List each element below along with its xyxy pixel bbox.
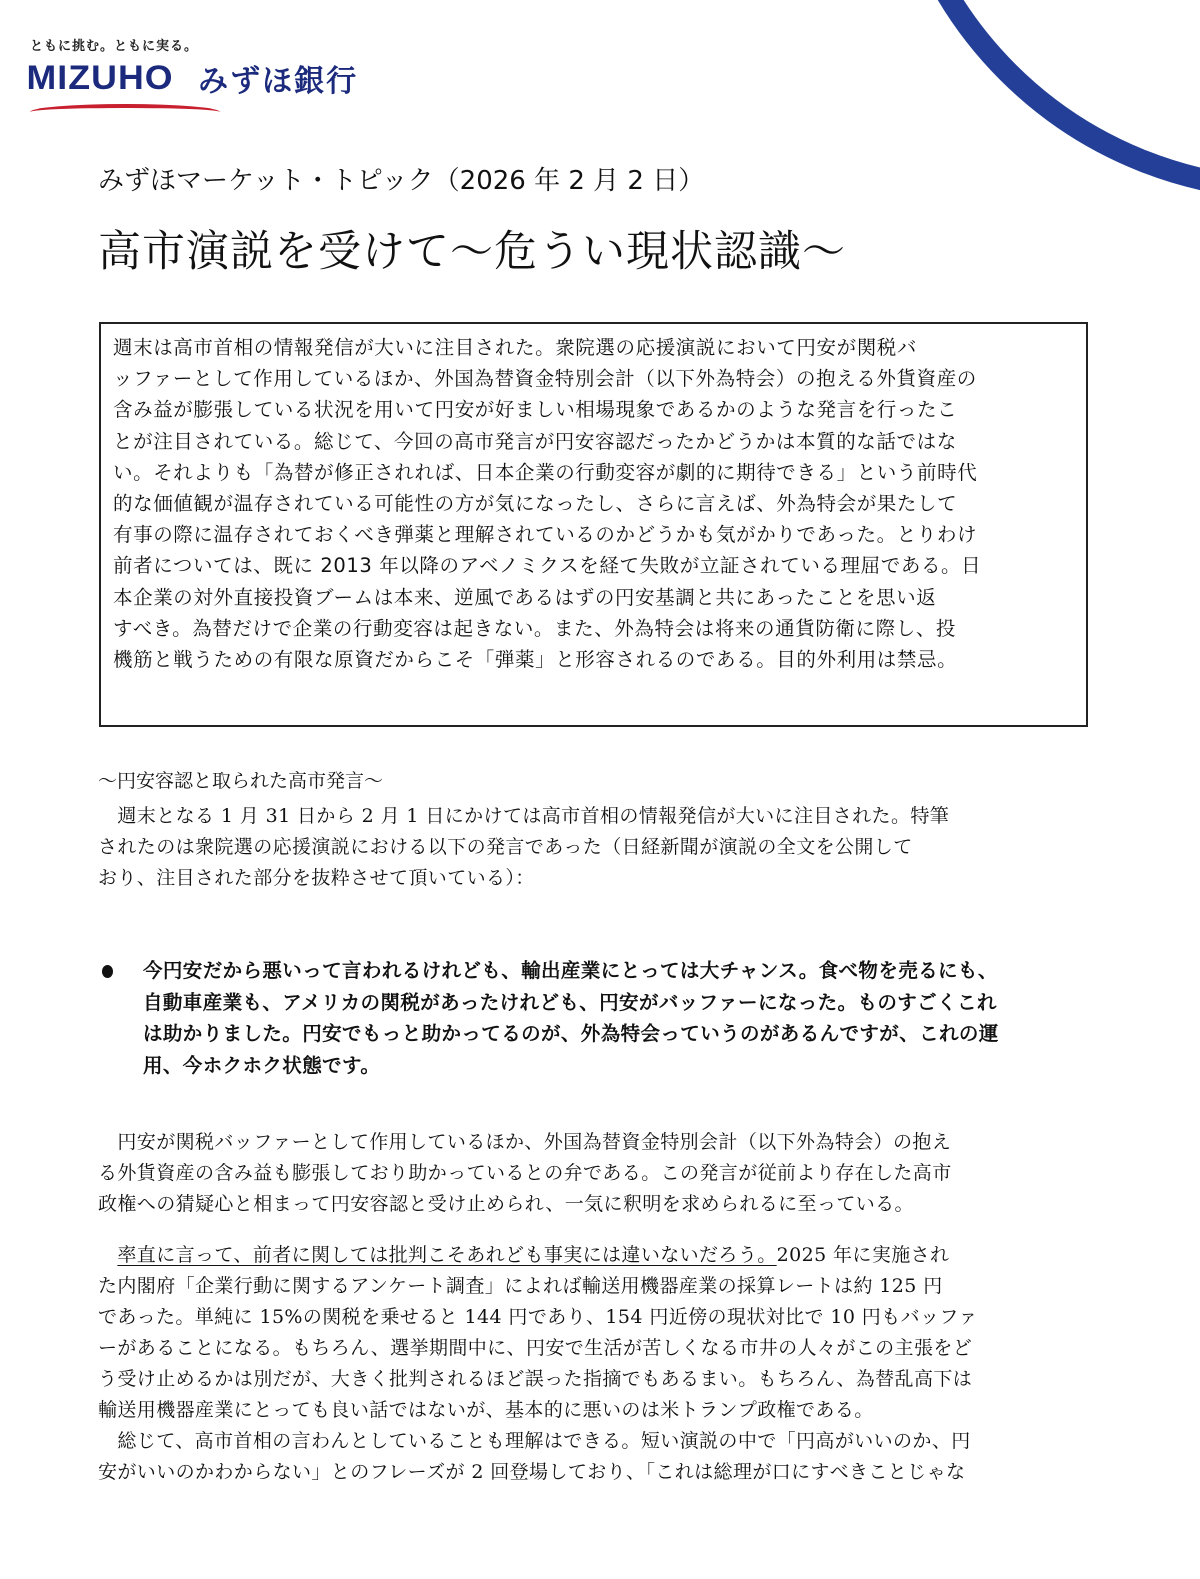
paragraph-line: 週末となる 1 月 31 日から 2 月 1 日にかけては高市首相の情報発信が大… — [98, 801, 1098, 832]
summary-line: い。それよりも「為替が修正されれば、日本企業の行動変容が劇的に期待できる」という… — [113, 457, 1076, 488]
summary-box: 週末は高市首相の情報発信が大いに注目された。衆院選の応援演説において円安が関税バ… — [99, 322, 1088, 727]
document-subtitle: みずほマーケット・トピック（2026 年 2 月 2 日） — [98, 160, 704, 197]
paragraph-text: 2025 年に実施され — [777, 1244, 950, 1266]
bullet-icon — [102, 965, 113, 978]
underlined-statement: 率直に言って、前者に関しては批判こそあれども事実には違いないだろう。 — [117, 1244, 776, 1266]
summary-line: すべき。為替だけで企業の行動変容は起きない。また、外為特会は将来の通貨防衛に際し… — [113, 613, 1076, 644]
paragraph-line: 輸送用機器産業にとっても良い話ではないが、基本的に悪いのは米トランプ政権である。 — [98, 1395, 1098, 1426]
paragraph-line: 円安が関税バッファーとして作用しているほか、外国為替資金特別会計（以下外為特会）… — [98, 1127, 1098, 1158]
brand-name-en: MIZUHO — [26, 59, 173, 98]
body-paragraph-1: 円安が関税バッファーとして作用しているほか、外国為替資金特別会計（以下外為特会）… — [98, 1127, 1098, 1220]
logo-swoosh — [30, 104, 220, 120]
paragraph-line: 政権への猜疑心と相まって円安容認と受け止められ、一気に釈明を求められるに至ってい… — [98, 1189, 1098, 1220]
quote-line: 自動車産業も、アメリカの関税があったけれども、円安がバッファーになった。ものすご… — [143, 987, 999, 1019]
summary-line: 週末は高市首相の情報発信が大いに注目された。衆院選の応援演説において円安が関税バ — [113, 332, 1076, 363]
quote-line: 用、今ホクホク状態です。 — [143, 1050, 999, 1082]
quote-line: 今円安だから悪いって言われるけれども、輸出産業にとっては大チャンス。食べ物を売る… — [143, 955, 999, 987]
summary-line: ッファーとして作用しているほか、外国為替資金特別会計（以下外為特会）の抱える外貨… — [113, 363, 1076, 394]
summary-line: 有事の際に温存されておくべき弾薬と理解されているのかどうかも気がかりであった。と… — [113, 519, 1076, 550]
summary-line: 本企業の対外直接投資ブームは本来、逆風であるはずの円安基調と共にあったことを思い… — [113, 582, 1076, 613]
paragraph-line: る外貨資産の含み益も膨張しており助かっているとの弁である。この発言が従前より存在… — [98, 1158, 1098, 1189]
mizuho-logo: ともに挑む。ともに実る。 MIZUHO みずほ銀行 — [30, 35, 358, 100]
paragraph-line: おり、注目された部分を抜粋させて頂いている）： — [98, 863, 1098, 894]
brand-name-jp: みずほ銀行 — [198, 56, 358, 100]
paragraph-line: 安がいいのかわからない」とのフレーズが 2 回登場しており、「これは総理が口にす… — [98, 1457, 1098, 1488]
decorative-arc — [880, 0, 1200, 200]
paragraph-line: 総じて、高市首相の言わんとしていることも理解はできる。短い演説の中で「円高がいい… — [98, 1426, 1098, 1457]
paragraph-line: であった。単純に 15%の関税を乗せると 144 円であり、154 円近傍の現状… — [98, 1302, 1098, 1333]
document-title: 高市演説を受けて～危うい現状認識～ — [98, 218, 846, 279]
summary-line: 前者については、既に 2013 年以降のアベノミクスを経て失敗が立証されている理… — [113, 550, 1076, 581]
summary-line: 機筋と戦うための有限な原資だからこそ「弾薬」と形容されるのである。目的外利用は禁… — [113, 644, 1076, 675]
section-heading: ～円安容認と取られた高市発言～ — [98, 766, 383, 793]
summary-line: 的な価値観が温存されている可能性の方が気になったし、さらに言えば、外為特会が果た… — [113, 488, 1076, 519]
paragraph-line: う受け止めるかは別だが、大きく批判されるほど誤った指摘でもあるまい。もちろん、為… — [98, 1364, 1098, 1395]
paragraph-line: されたのは衆院選の応援演説における以下の発言であった（日経新聞が演説の全文を公開… — [98, 832, 1098, 863]
intro-paragraph: 週末となる 1 月 31 日から 2 月 1 日にかけては高市首相の情報発信が大… — [98, 801, 1098, 894]
quote-line: は助かりました。円安でもっと助かってるのが、外為特会っていうのがあるんですが、こ… — [143, 1018, 999, 1050]
body-paragraph-2: 率直に言って、前者に関しては批判こそあれども事実には違いないだろう。2025 年… — [98, 1240, 1098, 1488]
brand-tagline: ともに挑む。ともに実る。 — [30, 35, 358, 54]
paragraph-line: ーがあることになる。もちろん、選挙期間中に、円安で生活が苦しくなる市井の人々がこ… — [98, 1333, 1098, 1364]
paragraph-line: た内閣府「企業行動に関するアンケート調査」によれば輸送用機器産業の採算レートは約… — [98, 1271, 1098, 1302]
summary-line: とが注目されている。総じて、今回の高市発言が円安容認だったかどうかは本質的な話で… — [113, 426, 1076, 457]
summary-line: 含み益が膨張している状況を用いて円安が好ましい相場現象であるかのような発言を行っ… — [113, 394, 1076, 425]
